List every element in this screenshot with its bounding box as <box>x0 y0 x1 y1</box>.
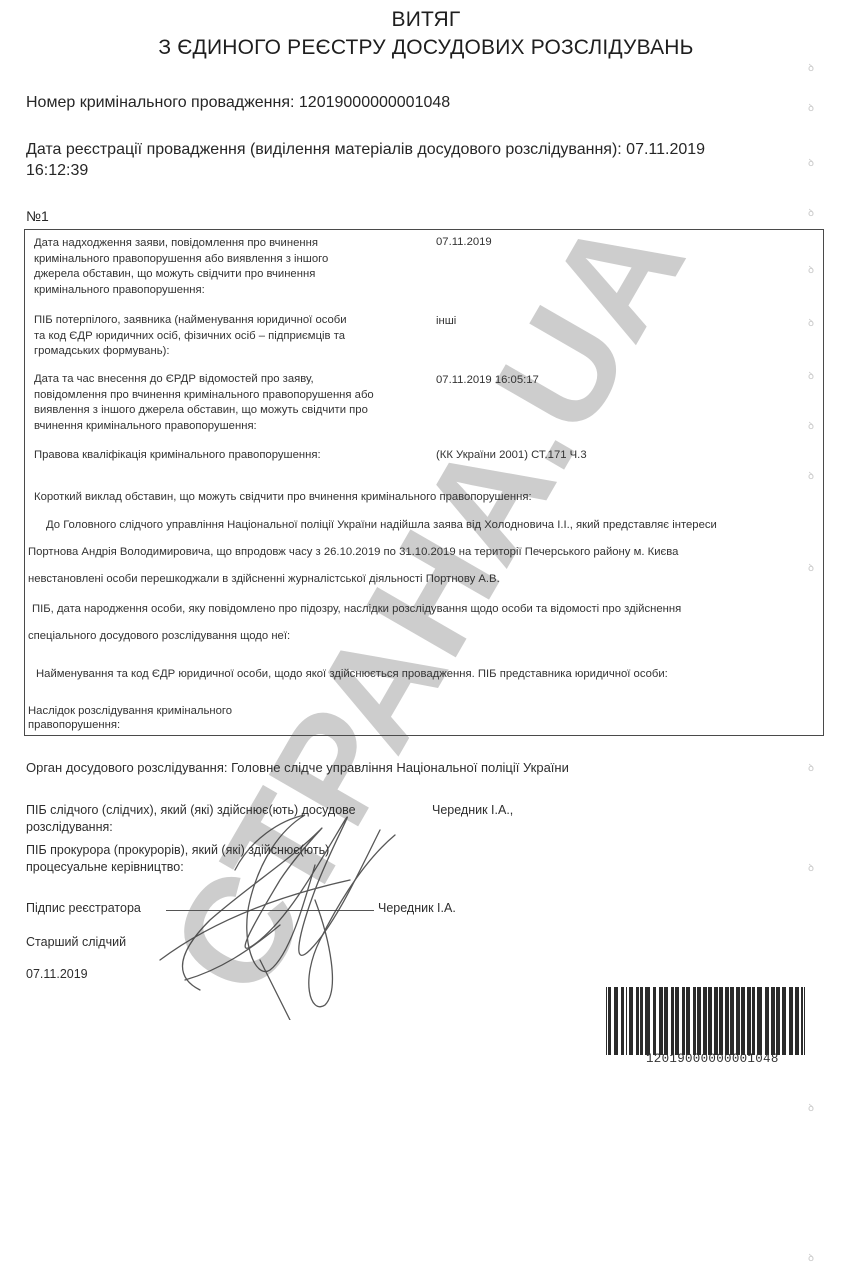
margin-mark: ꝺ <box>808 100 814 114</box>
registrar-position: Старший слідчий <box>26 934 126 951</box>
record-box <box>24 229 824 736</box>
margin-mark: ꝺ <box>808 560 814 574</box>
margin-mark: ꝺ <box>808 155 814 169</box>
margin-mark: ꝺ <box>808 60 814 74</box>
qualification-label: Правова кваліфікація кримінального право… <box>34 448 321 464</box>
document-subtitle: З ЄДИНОГО РЕЄСТРУ ДОСУДОВИХ РОЗСЛІДУВАНЬ <box>0 36 852 60</box>
margin-mark: ꝺ <box>808 262 814 276</box>
margin-mark: ꝺ <box>808 1250 814 1264</box>
margin-mark: ꝺ <box>808 760 814 774</box>
margin-mark: ꝺ <box>808 418 814 432</box>
investigation-authority: Орган досудового розслідування: Головне … <box>26 760 569 777</box>
margin-mark: ꝺ <box>808 205 814 219</box>
margin-mark: ꝺ <box>808 1100 814 1114</box>
margin-mark: ꝺ <box>808 860 814 874</box>
registration-date-line2: 16:12:39 <box>26 162 88 180</box>
legal-entity-label: Найменування та код ЄДР юридичної особи,… <box>36 661 668 688</box>
barcode-number: 12019000000001048 <box>646 1052 779 1066</box>
margin-mark: ꝺ <box>808 468 814 482</box>
victim-value: інші <box>436 315 456 327</box>
investigator-value: Чередник І.А., <box>432 802 513 819</box>
entry-datetime-value: 07.11.2019 16:05:17 <box>436 374 539 386</box>
case-number: Номер кримінального провадження: 1201900… <box>26 94 450 112</box>
summary-label: Короткий виклад обставин, що можуть свід… <box>34 484 532 511</box>
victim-label: ПІБ потерпілого, заявника (найменування … <box>34 313 347 360</box>
registrar-signature-label: Підпис реєстратора <box>26 900 141 917</box>
receipt-date-label: Дата надходження заяви, повідомлення про… <box>34 236 328 298</box>
qualification-value: (КК України 2001) СТ.171 Ч.3 <box>436 449 587 461</box>
section-number: №1 <box>26 208 49 224</box>
receipt-date-value: 07.11.2019 <box>436 236 492 248</box>
registration-date-line1: Дата реєстрації провадження (виділення м… <box>26 141 705 159</box>
summary-text: До Головного слідчого управління Націона… <box>28 512 820 593</box>
footer-date: 07.11.2019 <box>26 966 88 983</box>
entry-datetime-label: Дата та час внесення до ЄРДР відомостей … <box>34 372 374 434</box>
margin-mark: ꝺ <box>808 368 814 382</box>
outcome-label: Наслідок розслідування кримінального пра… <box>28 704 232 732</box>
handwritten-signature <box>140 790 440 1020</box>
barcode-bar <box>804 987 805 1055</box>
suspect-label: ПІБ, дата народження особи, яку повідомл… <box>28 596 681 650</box>
barcode <box>606 987 806 1055</box>
document-title: ВИТЯГ <box>0 8 852 32</box>
margin-mark: ꝺ <box>808 315 814 329</box>
